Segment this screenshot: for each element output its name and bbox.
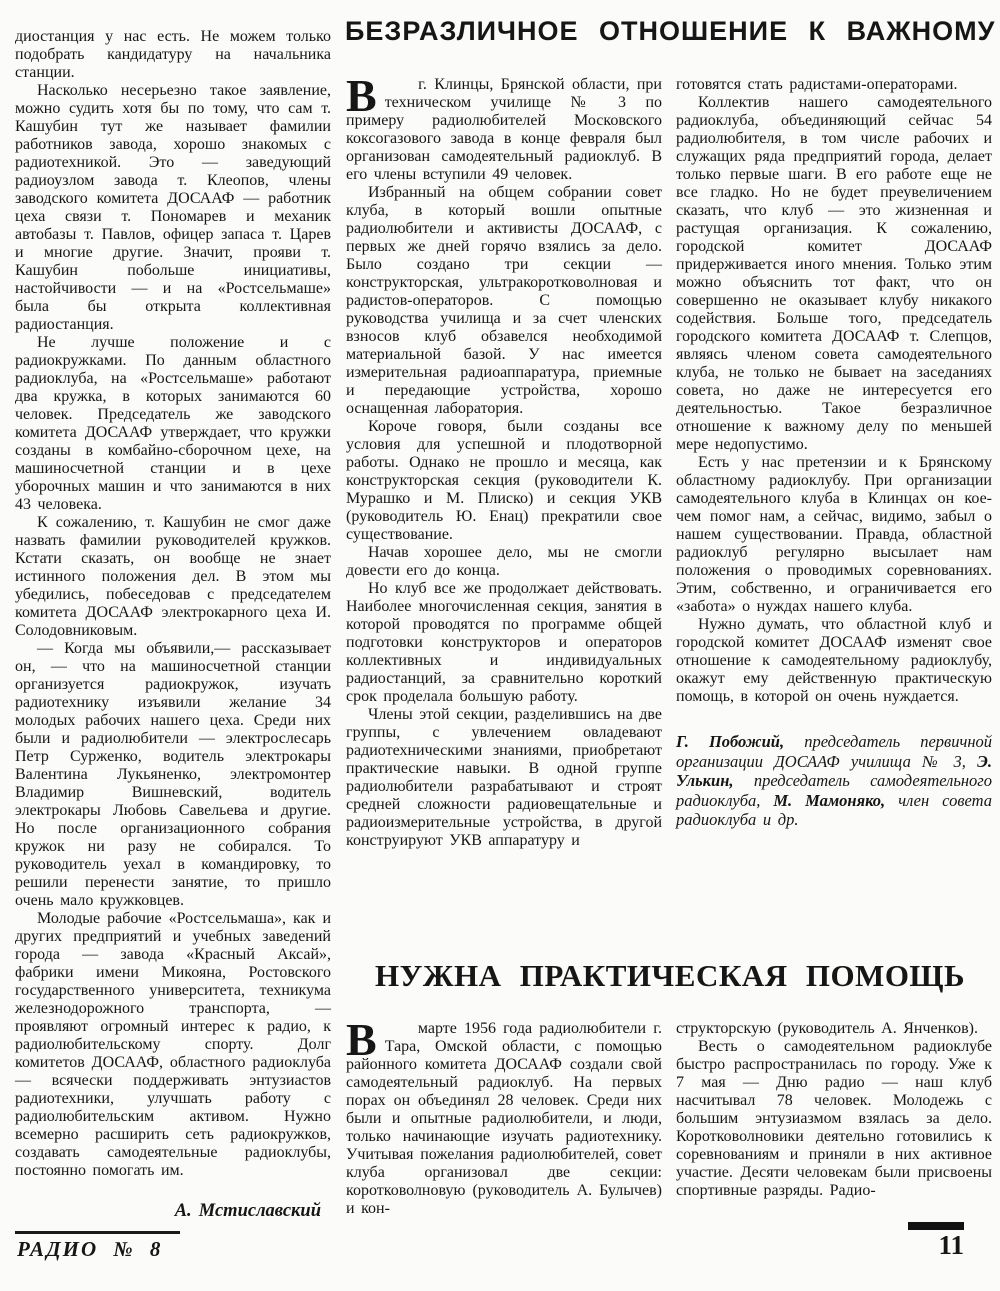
page-number-block: 11 xyxy=(904,1222,964,1260)
paragraph: Не лучше положение и с радиокружками. По… xyxy=(15,334,331,514)
paragraph: Избранный на общем собрании совет клуба,… xyxy=(346,184,662,418)
article2-column-2: структорскую (руководитель А. Янченков).… xyxy=(676,1020,992,1200)
paragraph: — Когда мы объявили,— рассказывает он, —… xyxy=(15,640,331,910)
paragraph: Но клуб все же продолжает действовать. Н… xyxy=(346,580,662,706)
article2-lead-text: марте 1956 года радиолюбители г. Тара, О… xyxy=(346,1020,662,1217)
paragraph: Короче говоря, были созданы все условия … xyxy=(346,418,662,544)
left-column: диостанция у нас есть. Не можем только п… xyxy=(15,28,331,1220)
paragraph: Весть о самодеятельном радиоклубе быстро… xyxy=(676,1038,992,1200)
article1-col1-paragraphs: Избранный на общем собрании совет клуба,… xyxy=(346,184,662,850)
article1-signature-block: Г. Побожий, председатель первичной орган… xyxy=(676,732,992,830)
left-article-paragraphs: диостанция у нас есть. Не можем только п… xyxy=(15,28,331,1180)
article2-column-1: В марте 1956 года радиолюбители г. Тара,… xyxy=(346,1020,662,1218)
article1-headline: БЕЗРАЗЛИЧНОЕ ОТНОШЕНИЕ К ВАЖНОМУ ДЕЛУ xyxy=(345,16,995,47)
article1-lead-paragraph: В г. Клинцы, Брянской области, при техни… xyxy=(346,76,662,184)
signature-name: Г. Побожий, xyxy=(676,732,784,751)
paragraph: Есть у нас претензии и к Брянскому облас… xyxy=(676,454,992,616)
paragraph: Нужно думать, что областной клуб и город… xyxy=(676,616,992,706)
paragraph: Насколько несерьезно такое заявление, мо… xyxy=(15,82,331,334)
magazine-page: диостанция у нас есть. Не можем только п… xyxy=(0,0,1000,1291)
article1-col2-paragraphs: готовятся стать радистами-операторами.Ко… xyxy=(676,76,992,706)
paragraph: Коллектив нашего самодеятельного радиокл… xyxy=(676,94,992,454)
paragraph: К сожалению, т. Кашубин не смог даже наз… xyxy=(15,514,331,640)
author-signature: А. Мстиславский xyxy=(15,1202,321,1220)
paragraph: готовятся стать радистами-операторами. xyxy=(676,76,992,94)
page-number: 11 xyxy=(904,1230,964,1260)
page-number-rule xyxy=(908,1222,964,1230)
article1-lead-text: г. Клинцы, Брянской области, при техниче… xyxy=(346,76,662,183)
article2-lead-paragraph: В марте 1956 года радиолюбители г. Тара,… xyxy=(346,1020,662,1218)
paragraph: структорскую (руководитель А. Янченков). xyxy=(676,1020,992,1038)
article2-headline: НУЖНА ПРАКТИЧЕСКАЯ ПОМОЩЬ xyxy=(345,958,995,994)
paragraph: диостанция у нас есть. Не можем только п… xyxy=(15,28,331,82)
signature-name: М. Мамоняко, xyxy=(773,791,885,810)
article1-column-2: готовятся стать радистами-операторами.Ко… xyxy=(676,76,992,830)
article2-col2-paragraphs: структорскую (руководитель А. Янченков).… xyxy=(676,1020,992,1200)
paragraph: Члены этой секции, разделившись на две г… xyxy=(346,706,662,850)
paragraph: Начав хорошее дело, мы не смогли довести… xyxy=(346,544,662,580)
article1-column-1: В г. Клинцы, Брянской области, при техни… xyxy=(346,76,662,850)
drop-cap-letter: В xyxy=(346,76,385,112)
drop-cap-letter: В xyxy=(346,1020,385,1056)
journal-footer-label: РАДИО № 8 xyxy=(15,1231,180,1262)
paragraph: Молодые рабочие «Ростсельмаша», как и др… xyxy=(15,910,331,1180)
